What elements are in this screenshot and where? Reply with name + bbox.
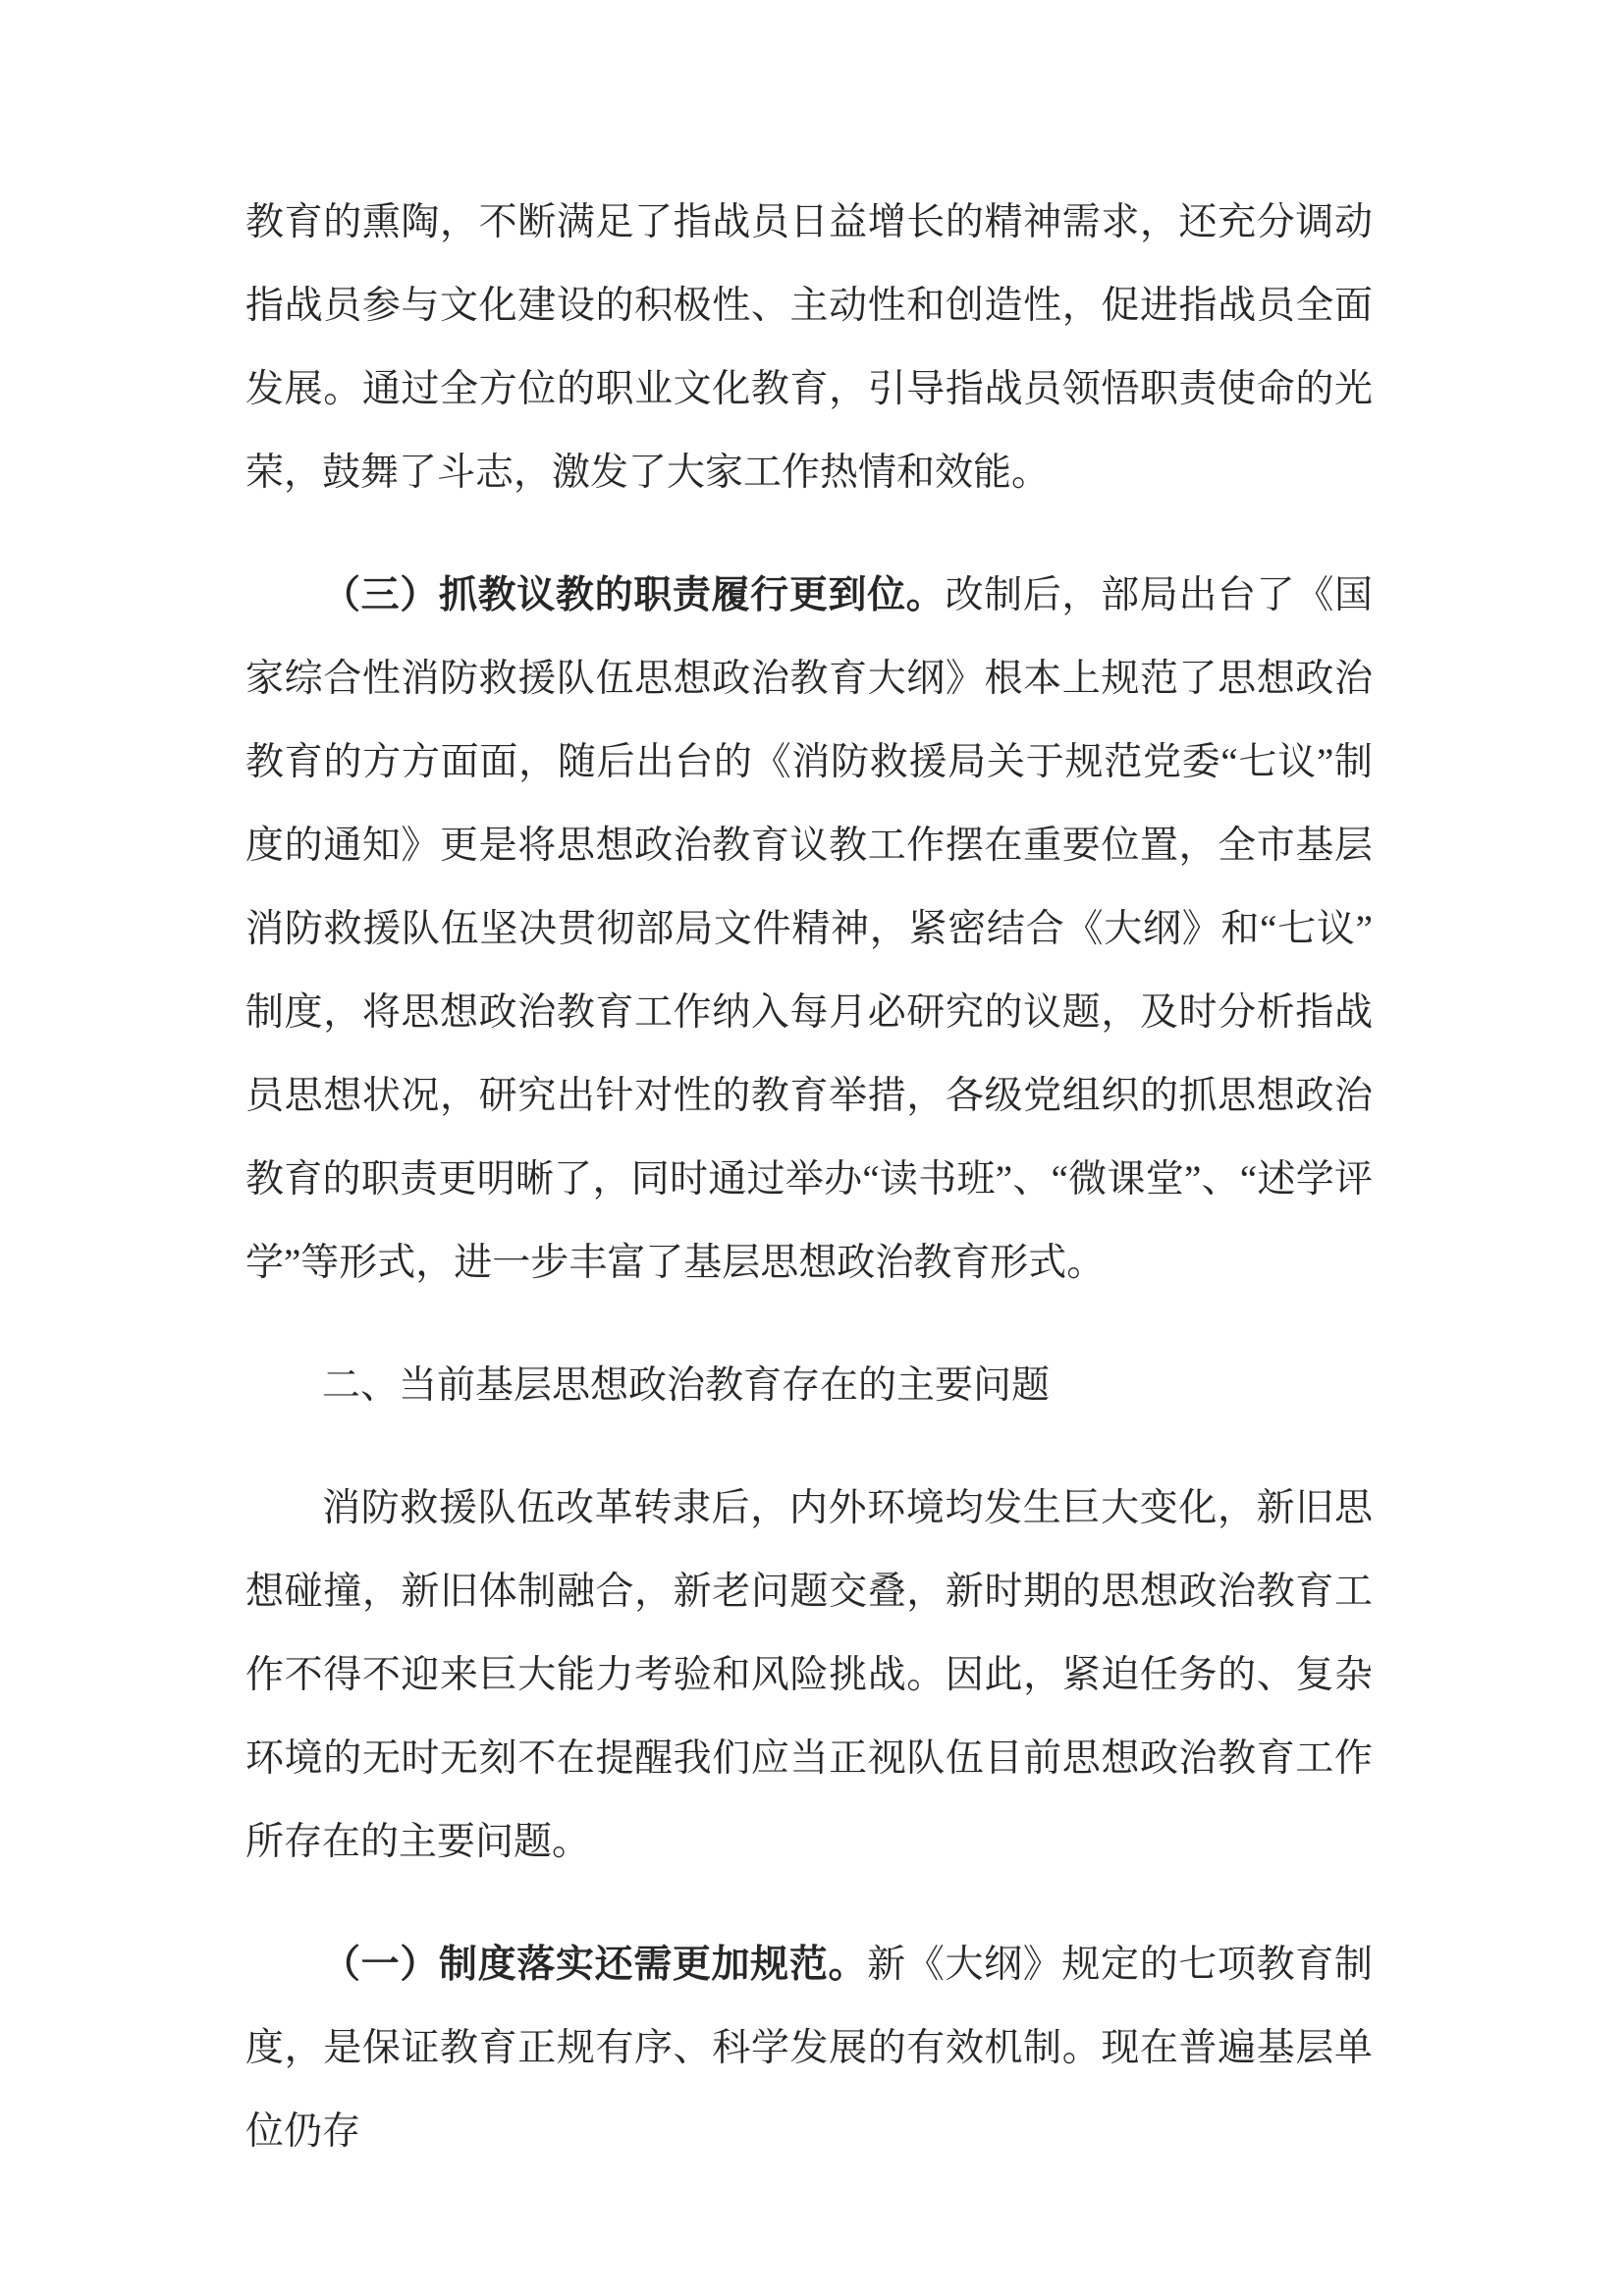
paragraph-item-one: （一）制度落实还需更加规范。新《大纲》规定的七项教育制度，是保证教育正规有序、科…	[245, 1923, 1373, 2173]
paragraph-bold-lead: （一）制度落实还需更加规范。	[322, 1944, 867, 1986]
heading-text: 二、当前基层思想政治教育存在的主要问题	[322, 1364, 1050, 1407]
paragraph-text: 教育的熏陶，不断满足了指战员日益增长的精神需求，还充分调动指战员参与文化建设的积…	[245, 201, 1373, 494]
paragraph-section-three: （三）抓教议教的职责履行更到位。改制后，部局出台了《国家综合性消防救援队伍思想政…	[245, 554, 1373, 1305]
paragraph-text: 消防救援队伍改革转隶后，内外环境均发生巨大变化，新旧思想碰撞，新旧体制融合，新老…	[245, 1487, 1373, 1863]
document-page: 教育的熏陶，不断满足了指战员日益增长的精神需求，还充分调动指战员参与文化建设的积…	[0, 0, 1624, 2296]
paragraph-text: 改制后，部局出台了《国家综合性消防救援队伍思想政治教育大纲》根本上规范了思想政治…	[245, 574, 1373, 1284]
paragraph-problems-intro: 消防救援队伍改革转隶后，内外环境均发生巨大变化，新旧思想碰撞，新旧体制融合，新老…	[245, 1467, 1373, 1884]
section-heading-two: 二、当前基层思想政治教育存在的主要问题	[245, 1344, 1373, 1427]
paragraph-bold-lead: （三）抓教议教的职责履行更到位。	[322, 574, 945, 616]
paragraph-continuation-culture-education: 教育的熏陶，不断满足了指战员日益增长的精神需求，还充分调动指战员参与文化建设的积…	[245, 181, 1373, 514]
document-text-block: 教育的熏陶，不断满足了指战员日益增长的精神需求，还充分调动指战员参与文化建设的积…	[245, 181, 1373, 2213]
